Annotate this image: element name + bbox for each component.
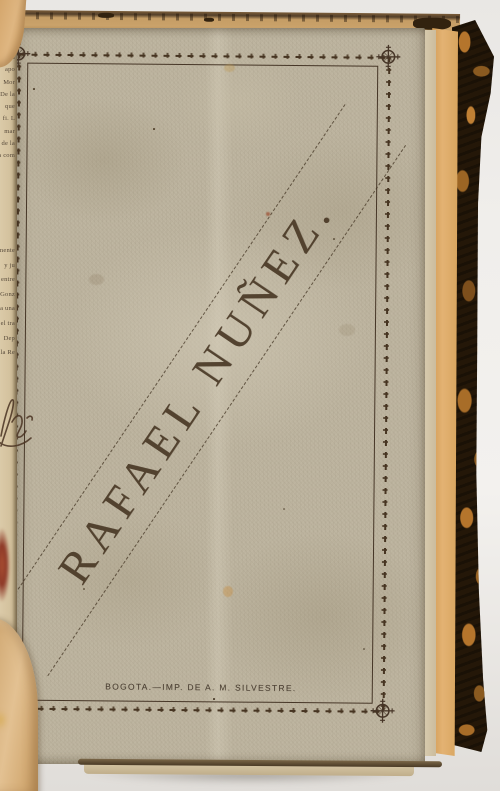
foxing-spot — [223, 586, 233, 597]
text-fragment: a com — [0, 150, 15, 162]
foxing-spot — [224, 64, 235, 72]
text-fragment: entre — [0, 273, 15, 288]
text-fragment: Gonz — [0, 288, 15, 303]
top-edge-dark-clump — [204, 18, 214, 22]
foxing-spot — [266, 212, 270, 216]
title-page-printing: RAFAEL NUÑEZ. BOGOTA.—IMP. DE A. M. SILV… — [13, 28, 425, 764]
text-fragment: mente — [0, 244, 15, 259]
stain-spot — [0, 710, 8, 730]
fragment-column-upper: ria apo Mor De la que fi. L mar de la a … — [0, 52, 15, 163]
text-fragment: e la Re — [0, 346, 15, 361]
text-fragment: a una — [0, 302, 15, 317]
top-edge-speckles — [8, 12, 460, 23]
text-fragment: mar — [0, 126, 15, 138]
text-fragment: Mor — [0, 77, 15, 89]
corner-ornament-bottom-right-icon — [370, 698, 396, 724]
text-fragment: el tra — [0, 317, 15, 332]
text-fragment: De la — [0, 89, 15, 101]
foxing-spot — [339, 324, 355, 336]
title-page: RAFAEL NUÑEZ. BOGOTA.—IMP. DE A. M. SILV… — [13, 28, 425, 764]
text-fragment: de la — [0, 138, 15, 150]
book-photo: ria apo Mor De la que fi. L mar de la a … — [0, 0, 500, 791]
text-fragment: fi. L — [0, 113, 15, 125]
fragment-column-lower: mente y ju entre Gonz a una el tra Dep e… — [0, 244, 15, 361]
chain-border-bottom — [13, 706, 383, 714]
foxing-spot — [89, 274, 104, 285]
corner-ornament-top-right-icon — [375, 44, 401, 70]
ink-specks — [33, 88, 35, 90]
red-illustration-fragment — [0, 515, 13, 615]
marbled-cover-edge — [452, 20, 494, 752]
top-edge-dark-clump — [98, 13, 114, 18]
text-fragment: que — [0, 101, 15, 113]
handwritten-inscription — [0, 392, 39, 454]
text-fragment: y ju — [0, 259, 15, 274]
text-fragment: Dep — [0, 332, 15, 347]
chain-border-top — [18, 52, 388, 60]
